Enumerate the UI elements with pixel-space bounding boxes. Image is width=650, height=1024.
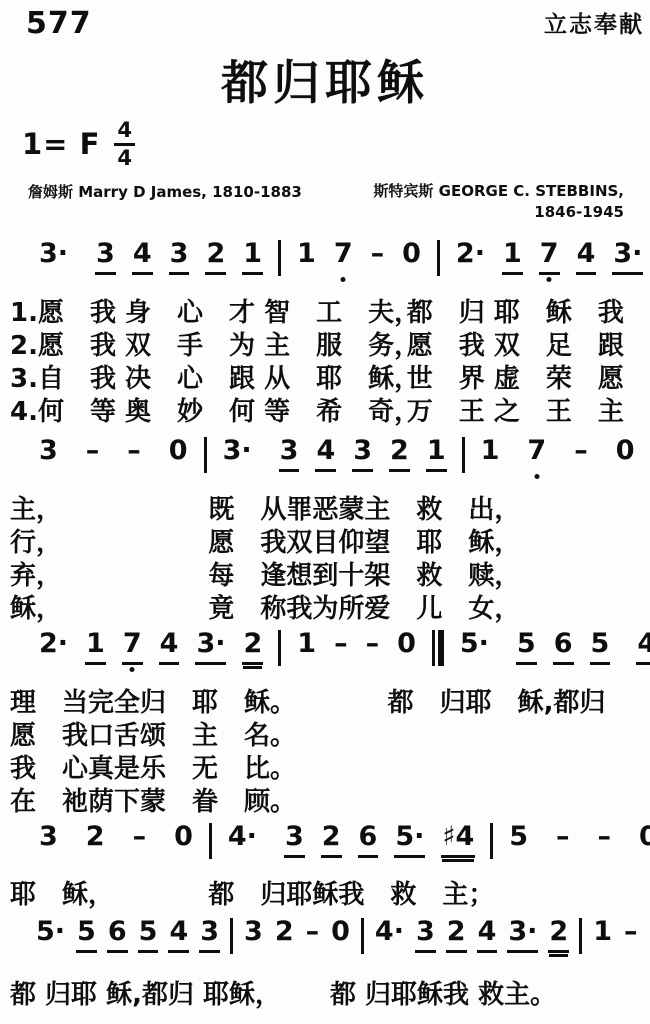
meter-numerator: 4 — [114, 120, 135, 146]
note: 3 — [38, 437, 59, 468]
continuation-block: 主，既 从罪恶蒙主 救 出， 行，愿 我双目仰望 耶 稣， 弃，每 逢想到十架 … — [10, 489, 650, 621]
note: 4 — [159, 630, 180, 664]
hymn-title: 都归耶稣 — [0, 58, 650, 110]
note: 3 — [199, 918, 220, 952]
note: 3· — [612, 240, 643, 274]
barline — [278, 630, 281, 666]
composer-dates: 1846-1945 — [534, 203, 624, 221]
note: 6 — [358, 823, 379, 857]
refrain-line: 耶 稣，都 归耶稣我 救 主； — [10, 874, 650, 907]
note: 4 — [477, 918, 498, 952]
note: 5· — [459, 630, 490, 661]
note: 1 — [85, 630, 106, 664]
note: 2 — [548, 918, 569, 952]
final-barline — [432, 630, 444, 666]
music-line: 3––03·3432117–0 — [30, 437, 650, 487]
note: 4 — [315, 437, 336, 471]
note: – — [126, 437, 142, 468]
note: – — [365, 630, 381, 661]
note: 5· — [35, 918, 66, 949]
music-line: 5·5654332–04·3243·21––0 — [30, 918, 650, 968]
note: 0 — [638, 823, 650, 854]
note: 5· — [394, 823, 425, 857]
note: 0 — [330, 918, 351, 949]
note: 0 — [396, 630, 417, 661]
note: – — [132, 823, 148, 854]
note: 2 — [321, 823, 342, 857]
note: 7 — [539, 240, 560, 274]
note: 5 — [76, 918, 97, 952]
barline — [278, 240, 281, 276]
key-signature: 1= F — [22, 127, 100, 161]
time-signature: 4 4 — [114, 120, 135, 169]
note: 6 — [107, 918, 128, 952]
note: 5 — [590, 630, 611, 664]
note: 3· — [222, 437, 253, 468]
note: 7 — [333, 240, 354, 271]
note: – — [333, 630, 349, 661]
note: 7 — [122, 630, 143, 664]
note: 1 — [296, 240, 317, 271]
lyricist-credit: 詹姆斯 Marry D James, 1810-1883 — [28, 181, 302, 202]
lyric-row: 耶 稣，都 归耶稣我 救 主； — [10, 874, 650, 907]
note: 4 — [132, 240, 153, 274]
note: 3 — [38, 823, 59, 854]
hymn-sheet-page: { "page": { "number": "577", "category":… — [0, 0, 650, 1024]
hymn-number: 577 — [26, 6, 92, 41]
music-line: 2·1743·21––05·56543 — [30, 630, 650, 680]
lyric-row: 我 心真是乐 无 比。 — [10, 748, 650, 781]
note: 4· — [227, 823, 258, 854]
note: – — [305, 918, 321, 949]
lyric-row: 在 祂荫下蒙 眷 顾。 — [10, 781, 650, 814]
note: 3 — [352, 437, 373, 471]
music-line: 32–04·3265·♯45––0 — [30, 823, 650, 873]
note: 4· — [374, 918, 405, 949]
category-label: 立志奉献 — [544, 6, 644, 39]
note: 5 — [138, 918, 159, 952]
verse-block: 1.愿 我 身 心 才 智 工 夫，都 归 耶 稣 我 救 2.愿 我 双 手 … — [10, 292, 650, 424]
lyric-row: 都 归耶 稣,都归 耶稣，都 归耶稣我 救主。 — [10, 974, 650, 1007]
music-line: 3·3432117–02·1743·2 — [30, 240, 650, 290]
note: – — [85, 437, 101, 468]
note: 5 — [508, 823, 529, 854]
note: – — [573, 437, 589, 468]
barline — [437, 240, 440, 276]
note: 2 — [85, 823, 106, 854]
composer-name: 斯特宾斯 GEORGE C. STEBBINS, — [373, 182, 624, 200]
note: 0 — [168, 437, 189, 468]
note: 3 — [415, 918, 436, 952]
note: ♯4 — [441, 823, 475, 857]
note: 2 — [205, 240, 226, 274]
note: 7 — [526, 437, 547, 468]
note: – — [623, 918, 639, 949]
lyric-row: 4.何 等 奥 妙 何 等 希 奇，万 王 之 王 主 耶 — [10, 391, 650, 424]
note: 1 — [502, 240, 523, 274]
barline — [579, 918, 582, 954]
note: 4 — [168, 918, 189, 952]
lyric-row: 弃，每 逢想到十架 救 赎， — [10, 555, 650, 588]
note: 4 — [636, 630, 650, 664]
note: 1 — [592, 918, 613, 949]
note: 0 — [615, 437, 636, 468]
note: 1 — [296, 630, 317, 661]
note: 4 — [576, 240, 597, 274]
note: 2 — [242, 630, 263, 664]
lyric-row: 愿 我口舌颂 主 名。 — [10, 715, 650, 748]
lyric-row: 3.自 我 决 心 跟 从 耶 稣，世 界 虚 荣 愿 丢 — [10, 358, 650, 391]
note: 1 — [480, 437, 501, 468]
lyric-row: 主，既 从罪恶蒙主 救 出， — [10, 489, 650, 522]
note: 3· — [507, 918, 538, 952]
lyric-row: 2.愿 我 双 手 为 主 服 务，愿 我 双 足 跟 主 — [10, 325, 650, 358]
note: 2 — [274, 918, 295, 949]
note: – — [555, 823, 571, 854]
note: 3 — [279, 437, 300, 471]
note: 0 — [173, 823, 194, 854]
note: – — [597, 823, 613, 854]
note: 3 — [169, 240, 190, 274]
barline — [490, 823, 493, 859]
barline — [230, 918, 233, 954]
key-signature-row: 1= F 4 4 — [22, 120, 650, 169]
barline — [204, 437, 207, 473]
note: 2 — [389, 437, 410, 471]
note: 3 — [95, 240, 116, 274]
refrain-final-line: 都 归耶 稣,都归 耶稣，都 归耶稣我 救主。 — [10, 974, 650, 1007]
closing-block: 理 当完全归 耶 稣。都 归耶 稣,都归 愿 我口舌颂 主 名。 我 心真是乐 … — [10, 682, 650, 814]
page-header: 577 立志奉献 — [0, 0, 650, 42]
note: – — [370, 240, 386, 271]
credits-row: 詹姆斯 Marry D James, 1810-1883 斯特宾斯 GEORGE… — [28, 181, 624, 225]
note: 6 — [553, 630, 574, 664]
note: 2· — [455, 240, 486, 271]
composer-credit: 斯特宾斯 GEORGE C. STEBBINS, 1846-1945 — [373, 181, 624, 225]
barline — [462, 437, 465, 473]
lyric-row: 1.愿 我 身 心 才 智 工 夫，都 归 耶 稣 我 救 — [10, 292, 650, 325]
note: 3· — [38, 240, 69, 271]
note: 1 — [242, 240, 263, 274]
barline — [361, 918, 364, 954]
note: 2· — [38, 630, 69, 661]
note: 2 — [446, 918, 467, 952]
note: 5 — [516, 630, 537, 664]
note: 1 — [426, 437, 447, 471]
note: 3 — [284, 823, 305, 857]
note: 3 — [243, 918, 264, 949]
barline — [209, 823, 212, 859]
lyric-row: 理 当完全归 耶 稣。都 归耶 稣,都归 — [10, 682, 650, 715]
lyric-row: 行，愿 我双目仰望 耶 稣， — [10, 522, 650, 555]
note: 0 — [401, 240, 422, 271]
lyric-row: 稣，竟 称我为所爱 儿 女， — [10, 588, 650, 621]
note: 3· — [195, 630, 226, 664]
meter-denominator: 4 — [114, 146, 135, 169]
